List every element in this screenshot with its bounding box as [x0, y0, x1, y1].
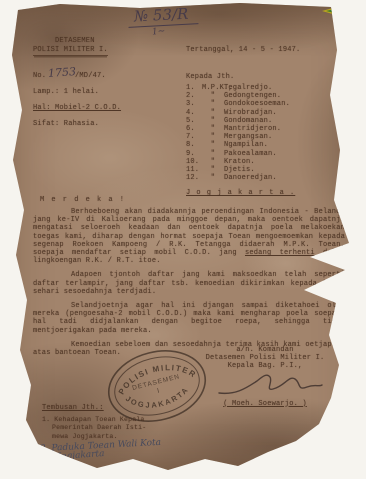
addressee-org: " [202, 109, 224, 117]
body-paragraph-3: Selandjoetnja agar hal ini djangan sampa… [33, 302, 345, 335]
paragraph-2-text: Adapoen tjontoh daftar jang kami maksoed… [33, 271, 345, 295]
addressee-row: 12. " Danoeredjan. [186, 174, 290, 182]
addressee-num: 9. [186, 150, 202, 158]
addressee-row: 10. " Kraton. [186, 158, 290, 166]
addressee-name: Kraton. [224, 158, 255, 166]
archive-emblem-icon [320, 2, 360, 20]
cc-item-1-line2: Pemerintah Daerah Isti- [52, 424, 146, 432]
addressee-name: Wirobradjan. [224, 109, 277, 117]
letterhead-unit-line2: POLISI MILITER I. [33, 46, 108, 56]
addressee-num: 6. [186, 125, 202, 133]
addressee-org: " [202, 166, 224, 174]
salutation: M e r d e k a ! [40, 196, 126, 204]
addressee-org: " [202, 125, 224, 133]
addressee-row: 9. " Pakoealaman. [186, 150, 290, 158]
paragraph-3-text: Selandjoetnja agar hal ini djangan sampa… [33, 302, 345, 335]
addressee-name: Gondokoesoeman. [224, 100, 290, 108]
ref-number-handwritten: 1753 [48, 65, 77, 80]
addressee-row: 3. " Gondokoesoeman. [186, 100, 290, 108]
addressee-name: Mantridjeron. [224, 125, 281, 133]
photo-backdrop: № 53/R 1~ DETASEMEN POLISI MILITER I. Te… [0, 0, 366, 479]
subject-line: Hal: Mobiel-2 C.O.D. [33, 104, 121, 112]
addressee-num: 1. [186, 84, 202, 92]
addressee-name: Tegalredjo. [224, 84, 272, 92]
addressee-org: " [202, 174, 224, 182]
handwritten-doc-number: № 53/R [128, 4, 199, 28]
cc-block: Tembusan Jth.: 1. Kehadapan Toean Kepala… [42, 404, 146, 441]
addressee-row: 5. " Gondomanan. [186, 117, 290, 125]
date-line: Tertanggal, 14 - 5 - 1947. [186, 46, 300, 54]
addressee-num: 8. [186, 141, 202, 149]
addressee-num: 5. [186, 117, 202, 125]
addressee-name: Djetis. [224, 166, 255, 174]
addressee-name: Danoeredjan. [224, 174, 277, 182]
addressee-org: " [202, 117, 224, 125]
addressee-num: 3. [186, 100, 202, 108]
handwritten-signature [215, 369, 325, 399]
cc-heading: Tembusan Jth.: [42, 404, 146, 412]
addressee-name: Ngampilan. [224, 141, 268, 149]
body-paragraph-2: Adapoen tjontoh daftar jang kami maksoed… [33, 271, 345, 296]
letterhead-unit-line1: DETASEMEN [55, 37, 95, 45]
addressee-name: Pakoealaman. [224, 150, 277, 158]
addressee-num: 4. [186, 109, 202, 117]
addressee-row: 11. " Djetis. [186, 166, 290, 174]
ref-number-typed: /MD/47. [75, 72, 106, 80]
addressee-row: 6. " Mantridjeron. [186, 125, 290, 133]
addressee-org: " [202, 150, 224, 158]
addressee-org: " [202, 158, 224, 166]
stamp-unit-numeral: I [157, 388, 161, 395]
addressee-org: M.P.K., [202, 84, 224, 92]
addressee-num: 11. [186, 166, 202, 174]
addressee-org: " [202, 100, 224, 108]
attachment-line: Lamp.: 1 helai. [33, 88, 99, 96]
addressee-city: J o g j a k a r t a . [186, 189, 295, 197]
addressee-num: 10. [186, 158, 202, 166]
signature-block: a/n. Komandan Detasemen Polisi Militer I… [195, 346, 335, 408]
addressee-row: 1. M.P.K., Tegalredjo. [186, 84, 290, 92]
body-paragraph-1: Berhoeboeng akan diadakannja peroendinga… [33, 208, 345, 265]
ref-number-label: No. [33, 72, 46, 80]
addressee-list: 1. M.P.K., Tegalredjo. 2. " Gedongtengen… [186, 84, 290, 182]
classification-line: Sifat: Rahasia. [33, 120, 99, 128]
addressee-name: Gondomanan. [224, 117, 272, 125]
addressee-org: " [202, 141, 224, 149]
signatory-name: ( Moeh. Soewarjo. ) [195, 400, 335, 408]
addressee-row: 8. " Ngampilan. [186, 141, 290, 149]
handwritten-paraph: 1~ [152, 26, 166, 37]
addressee-row: 4. " Wirobradjan. [186, 109, 290, 117]
document-paper: № 53/R 1~ DETASEMEN POLISI MILITER I. Te… [0, 0, 366, 479]
paragraph-1-underlined-phrase: sedang terhenti [245, 249, 315, 257]
signature-on-behalf: a/n. Komandan [195, 346, 335, 354]
addressee-heading: Kepada Jth. [186, 73, 234, 81]
addressee-num: 12. [186, 174, 202, 182]
